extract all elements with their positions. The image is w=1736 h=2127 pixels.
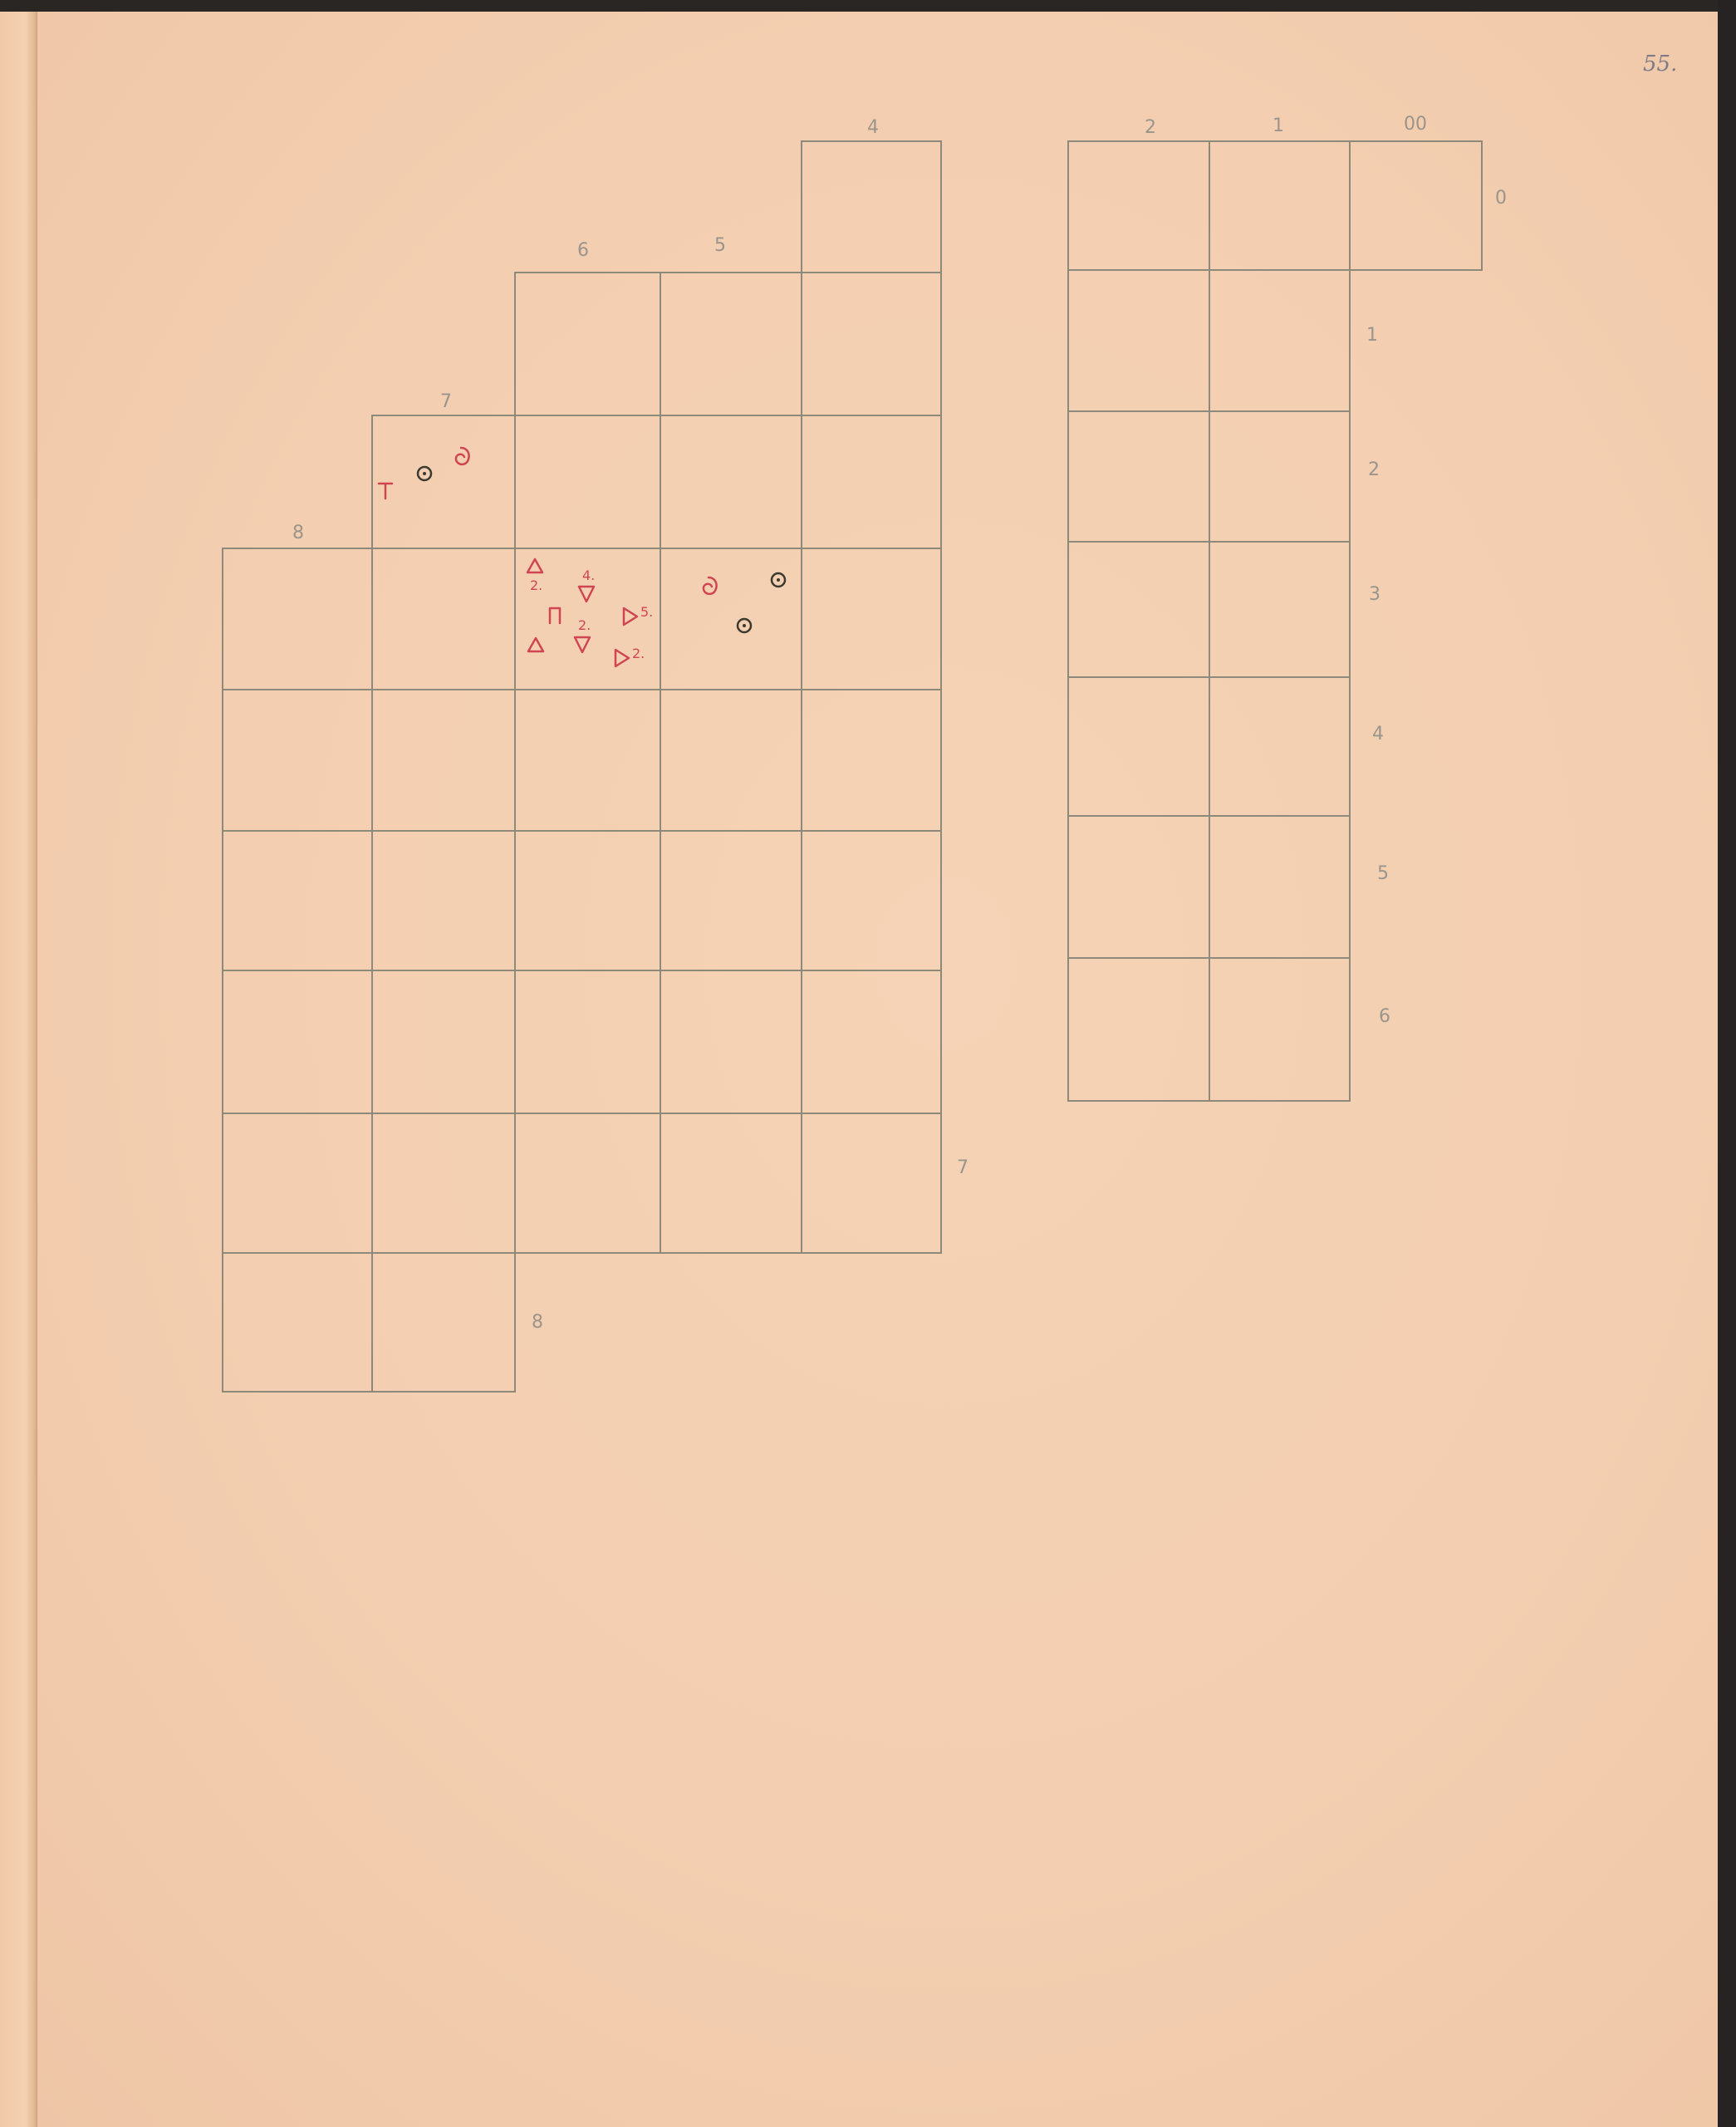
left-grid-cell <box>515 415 660 548</box>
left-grid-cell <box>515 273 660 415</box>
left-grid-cell <box>515 970 660 1113</box>
grid-labels: 876547821000123456 <box>292 114 1507 1333</box>
grid-label: 1 <box>1366 325 1378 346</box>
right-grid-cell <box>1068 270 1209 411</box>
circle-dot-symbol <box>418 467 431 480</box>
T-symbol <box>379 484 392 499</box>
right-grid-cell <box>1209 542 1350 677</box>
right-grid-cell <box>1350 141 1482 270</box>
left-grid-cell <box>802 831 941 970</box>
grid-label: 3 <box>1369 584 1380 605</box>
left-grid-cell <box>660 548 802 690</box>
excavation-grid-plan: 876547821000123456 2.4.2.5.2. <box>0 0 1736 2127</box>
triangle-up-symbol <box>528 638 543 651</box>
right-grid-cell <box>1209 958 1350 1101</box>
grid-label: 7 <box>440 391 452 412</box>
right-grid-cell <box>1068 141 1209 270</box>
spiral-symbol <box>704 577 717 594</box>
circle-dot-symbol <box>738 619 751 632</box>
circle-dot-symbol <box>772 573 785 587</box>
right-grid-cell <box>1068 677 1209 816</box>
left-grid-cell <box>660 831 802 970</box>
right-grid-cell <box>1209 141 1350 270</box>
grid-label: 2 <box>1368 459 1380 480</box>
triangle-down-symbol: 4. <box>579 567 595 602</box>
bracket-symbol <box>550 608 560 623</box>
grid-label: 8 <box>532 1312 543 1333</box>
left-grid-cell <box>372 970 515 1113</box>
symbol-count-label: 4. <box>582 567 595 583</box>
triangle-up-symbol: 2. <box>527 559 542 593</box>
symbol-count-label: 2. <box>578 617 591 633</box>
right-grid-cell <box>1068 816 1209 958</box>
left-grid-cell <box>223 831 372 970</box>
left-grid-cell <box>372 415 515 548</box>
find-symbols: 2.4.2.5.2. <box>379 448 785 666</box>
right-grid-cell <box>1209 270 1350 411</box>
symbol-count-label: 2. <box>632 646 645 661</box>
grid-label: 0 <box>1495 188 1507 209</box>
left-grid-cell <box>515 831 660 970</box>
left-grid-cell <box>223 548 372 690</box>
right-grid-cell <box>1068 411 1209 542</box>
grid-label: 8 <box>292 523 304 543</box>
right-grid-cell <box>1068 542 1209 677</box>
triangle-right-symbol: 5. <box>624 604 653 625</box>
right-grid-cell <box>1068 958 1209 1101</box>
grid-label: 7 <box>957 1157 969 1178</box>
grid-label: 5 <box>714 235 726 256</box>
page-number: 55. <box>1643 52 1677 76</box>
right-grid-cell <box>1209 411 1350 542</box>
left-grid-cell <box>660 273 802 415</box>
left-grid-cell <box>660 970 802 1113</box>
left-grid-cell <box>802 415 941 548</box>
left-grid-cell <box>515 690 660 831</box>
spiral-symbol <box>456 448 469 464</box>
left-grid-cell <box>802 690 941 831</box>
left-grid-cell <box>223 690 372 831</box>
label-only-symbol: 2. <box>578 617 591 633</box>
left-grid-cell <box>372 1113 515 1253</box>
grid-label: 4 <box>867 117 879 138</box>
left-grid-cell <box>372 690 515 831</box>
left-grid-cell <box>660 690 802 831</box>
left-grid-cell <box>660 1113 802 1253</box>
symbol-count-label: 2. <box>530 577 542 593</box>
left-grid-cell <box>660 415 802 548</box>
right-grid-cell <box>1209 677 1350 816</box>
left-grid-cell <box>515 1113 660 1253</box>
left-grid-cell <box>802 970 941 1113</box>
left-grid-cell <box>372 548 515 690</box>
triangle-down-symbol <box>575 637 590 652</box>
left-grid-cell <box>802 1113 941 1253</box>
grid-label: 00 <box>1404 114 1427 135</box>
left-grid-cell <box>802 548 941 690</box>
symbol-count-label: 5. <box>640 604 653 620</box>
right-grid-cell <box>1209 816 1350 958</box>
left-grid-cell <box>802 273 941 415</box>
left-grid-cell <box>802 141 941 273</box>
left-grid <box>223 141 941 1392</box>
left-grid-cell <box>372 831 515 970</box>
grid-label: 6 <box>577 240 589 261</box>
grid-label: 4 <box>1372 724 1384 744</box>
left-grid-cell <box>372 1253 515 1392</box>
left-grid-cell <box>223 1113 372 1253</box>
left-grid-cell <box>223 1253 372 1392</box>
triangle-right-symbol: 2. <box>615 646 645 666</box>
grid-label: 5 <box>1377 863 1389 884</box>
grid-label: 2 <box>1145 117 1156 138</box>
left-grid-cell <box>223 970 372 1113</box>
right-grid <box>1068 141 1482 1101</box>
grid-label: 6 <box>1379 1006 1390 1027</box>
grid-label: 1 <box>1273 115 1284 136</box>
